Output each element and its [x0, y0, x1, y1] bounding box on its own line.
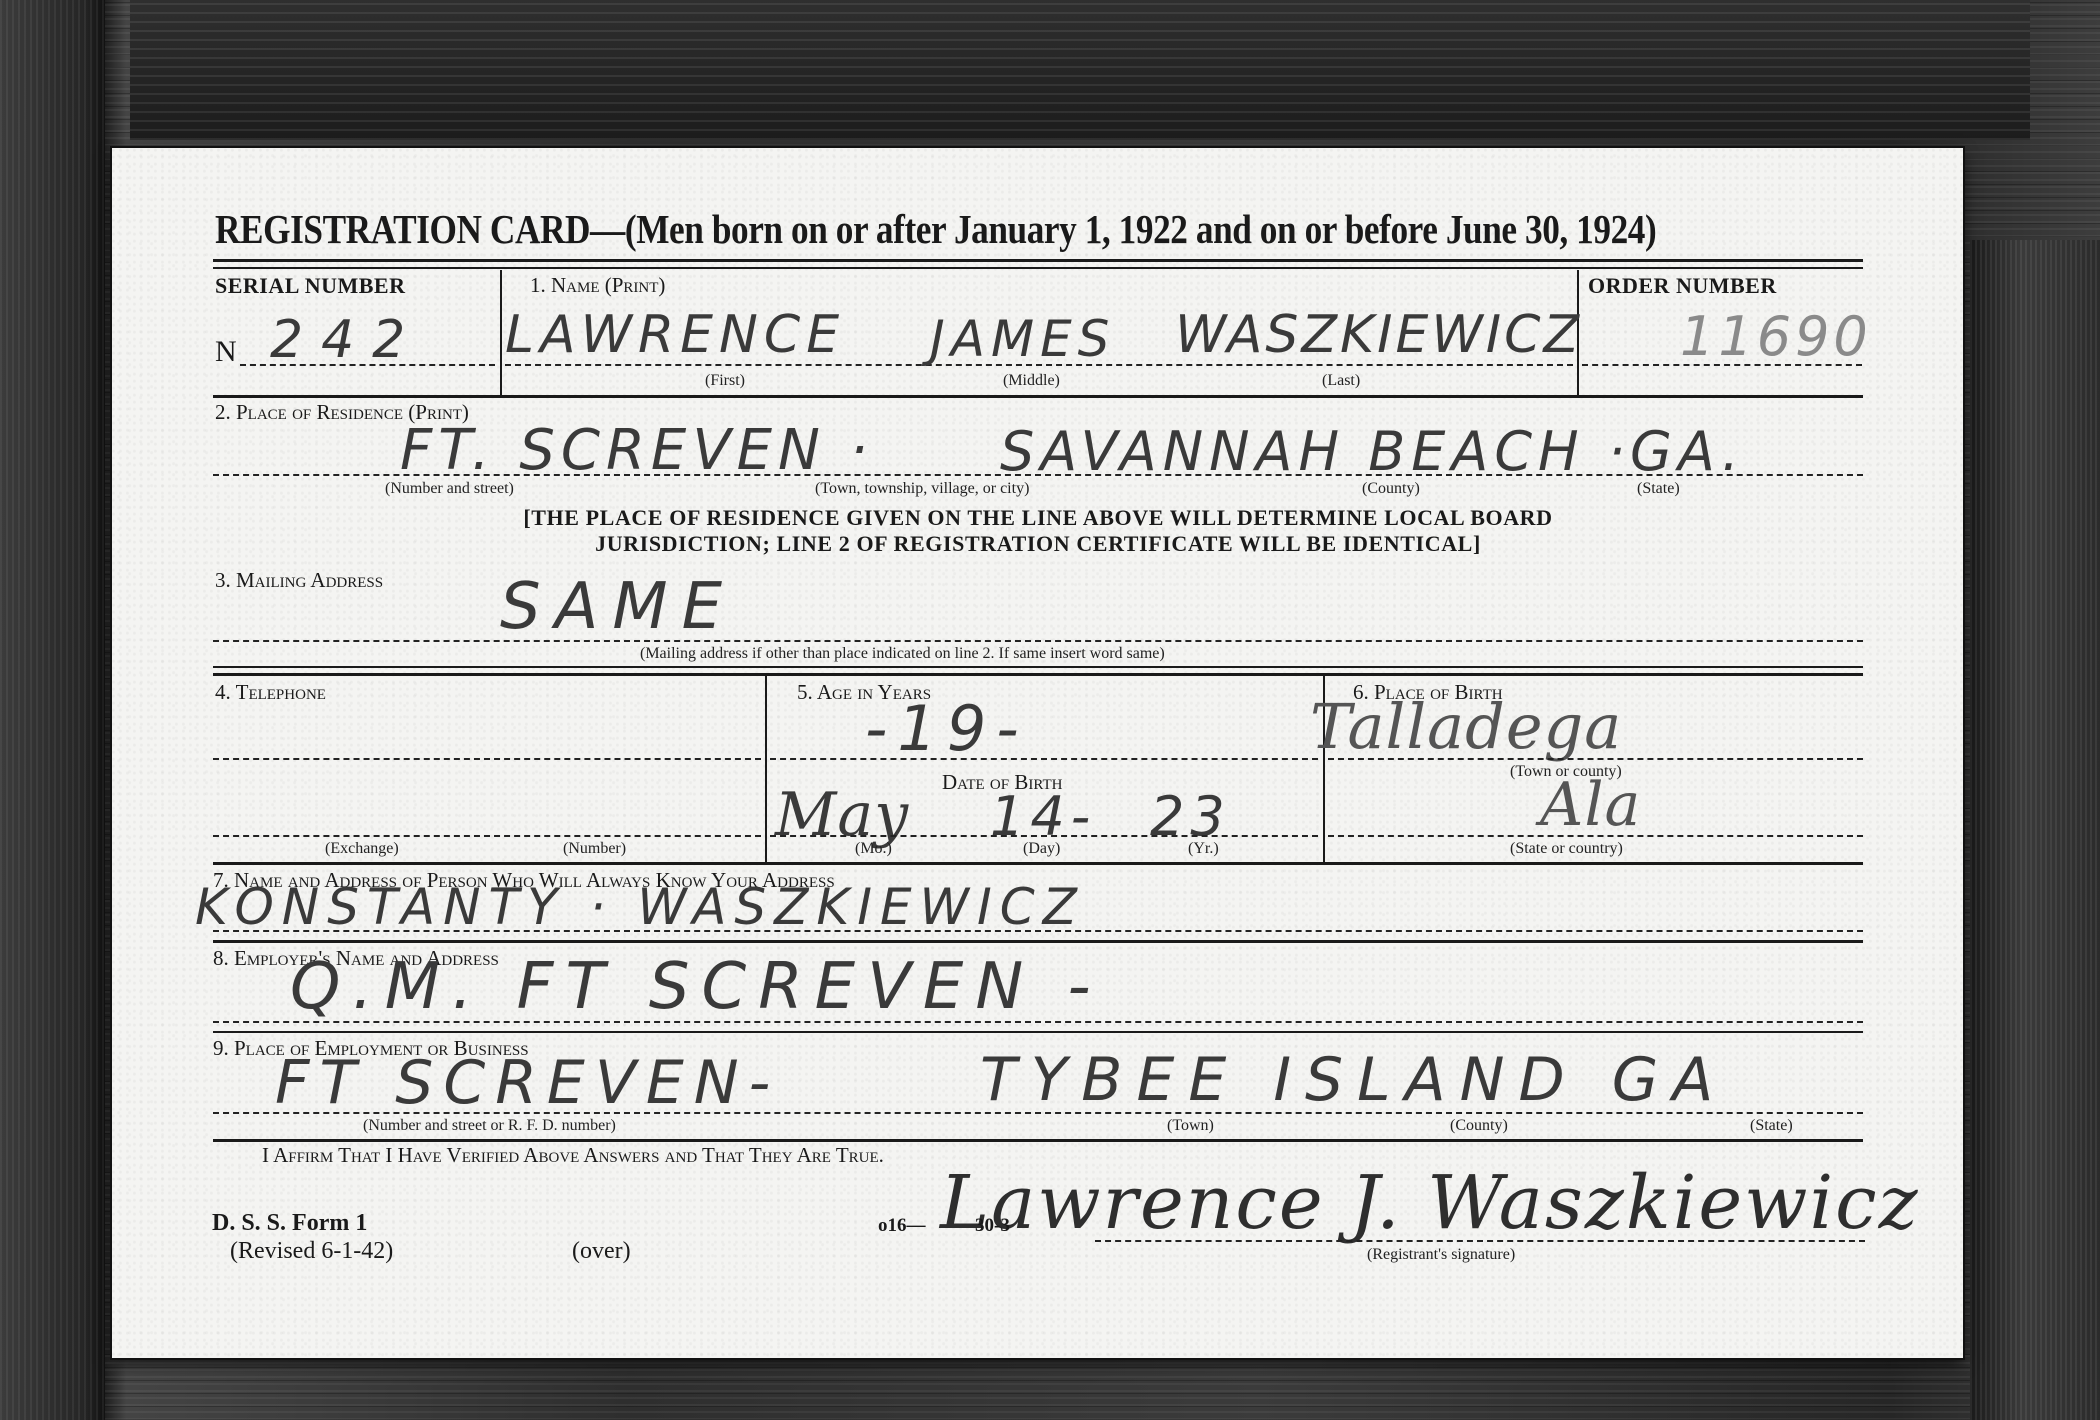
- title-rule-bottom: [213, 267, 1863, 269]
- employment-state-caption: (State): [1750, 1117, 1793, 1135]
- telephone-line-1: [213, 758, 761, 760]
- wood-left-plank: [0, 0, 105, 1420]
- mailing-rule-top: [213, 666, 1863, 668]
- title-rule-top: [213, 259, 1863, 262]
- employment-town-caption: (Town): [1167, 1117, 1214, 1135]
- employment-street-value: FT SCREVEN-: [275, 1048, 780, 1118]
- contact-line: [213, 930, 1863, 932]
- day-caption: (Day): [1023, 840, 1060, 858]
- last-name-value: WASZKIEWICZ: [1175, 305, 1582, 365]
- employment-street-caption: (Number and street or R. F. D. number): [363, 1117, 616, 1135]
- form-name: D. S. S. Form 1: [212, 1210, 367, 1237]
- employment-line: [213, 1112, 1863, 1114]
- row8-bottom-rule: [213, 1031, 1863, 1033]
- birthplace-state-value: Ala: [1540, 770, 1641, 840]
- signature-caption: (Registrant's signature): [1367, 1246, 1515, 1264]
- signature-line: [1095, 1240, 1865, 1242]
- order-number-label: ORDER NUMBER: [1588, 273, 1777, 299]
- birth-year-value: 23: [1150, 785, 1231, 848]
- age-value: -19-: [865, 692, 1029, 765]
- birth-date-line: [770, 835, 1318, 837]
- telephone-label: 4. Telephone: [215, 680, 326, 705]
- mailing-address-label: 3. Mailing Address: [215, 568, 383, 593]
- residence-street-value: FT. SCREVEN ·: [400, 418, 874, 483]
- jurisdiction-notice-line2: JURISDICTION; LINE 2 OF REGISTRATION CER…: [213, 531, 1863, 557]
- wood-right-plank: [1970, 240, 2100, 1420]
- form-revised-date: (Revised 6-1-42): [230, 1238, 393, 1265]
- serial-number-label: SERIAL NUMBER: [215, 273, 405, 299]
- mailing-address-value: SAME: [500, 570, 736, 644]
- residence-county-caption: (County): [1362, 480, 1420, 498]
- age-line: [770, 758, 1318, 760]
- serial-prefix: N: [215, 335, 237, 369]
- name-label: 1. Name (Print): [530, 273, 665, 298]
- print-code-end: 30-3: [975, 1215, 1010, 1237]
- telephone-age-divider: [765, 676, 767, 862]
- middle-caption: (Middle): [1003, 372, 1060, 390]
- telephone-line-2: [213, 835, 761, 837]
- row4-bottom-rule: [213, 862, 1863, 865]
- registrant-signature: Lawrence J. Waszkiewicz: [940, 1160, 1920, 1246]
- row7-bottom-rule: [213, 940, 1863, 943]
- residence-town-value: SAVANNAH BEACH ·: [1000, 420, 1631, 483]
- first-caption: (First): [705, 372, 745, 390]
- last-caption: (Last): [1322, 372, 1360, 390]
- birthplace-town-line: [1328, 758, 1863, 760]
- residence-street-caption: (Number and street): [385, 480, 514, 498]
- residence-town-caption: (Town, township, village, or city): [815, 480, 1029, 498]
- month-caption: (Mo.): [855, 840, 892, 858]
- employment-county-caption: (County): [1450, 1117, 1508, 1135]
- affirmation-text: I Affirm That I Have Verified Above Answ…: [262, 1143, 884, 1168]
- first-name-value: LAWRENCE: [505, 305, 845, 365]
- mailing-line: [213, 640, 1863, 642]
- print-code-start: o16—: [878, 1215, 926, 1237]
- residence-state-caption: (State): [1637, 480, 1680, 498]
- number-caption: (Number): [563, 840, 626, 858]
- year-caption: (Yr.): [1188, 840, 1219, 858]
- residence-state-value: GA.: [1630, 420, 1745, 483]
- jurisdiction-notice-line1: [THE PLACE OF RESIDENCE GIVEN ON THE LIN…: [213, 505, 1863, 531]
- birth-day-value: 14-: [990, 785, 1096, 848]
- middle-name-value: JAMES: [930, 310, 1115, 368]
- employer-line: [213, 1021, 1863, 1023]
- serial-number-value: 242: [270, 310, 423, 370]
- wood-top-plank: [130, 0, 2030, 140]
- birthplace-town-value: Talladega: [1310, 690, 1622, 763]
- employment-town-state-value: TYBEE ISLAND GA: [980, 1045, 1727, 1115]
- row1-bottom-rule: [213, 395, 1863, 398]
- row9-bottom-rule: [213, 1139, 1863, 1142]
- birthplace-state-caption: (State or country): [1510, 840, 1623, 858]
- birthplace-state-line: [1328, 835, 1863, 837]
- over-note: (over): [572, 1238, 631, 1265]
- mailing-caption: (Mailing address if other than place ind…: [640, 645, 1165, 663]
- exchange-caption: (Exchange): [325, 840, 399, 858]
- mailing-rule-bottom: [213, 673, 1863, 676]
- employer-value: Q.M. FT SCREVEN -: [290, 950, 1103, 1024]
- order-number-value: 11690: [1680, 305, 1872, 368]
- card-title: REGISTRATION CARD—(Men born on or after …: [215, 205, 1656, 253]
- contact-person-value: KONSTANTY · WASZKIEWICZ: [195, 878, 1085, 936]
- serial-name-divider: [500, 270, 502, 396]
